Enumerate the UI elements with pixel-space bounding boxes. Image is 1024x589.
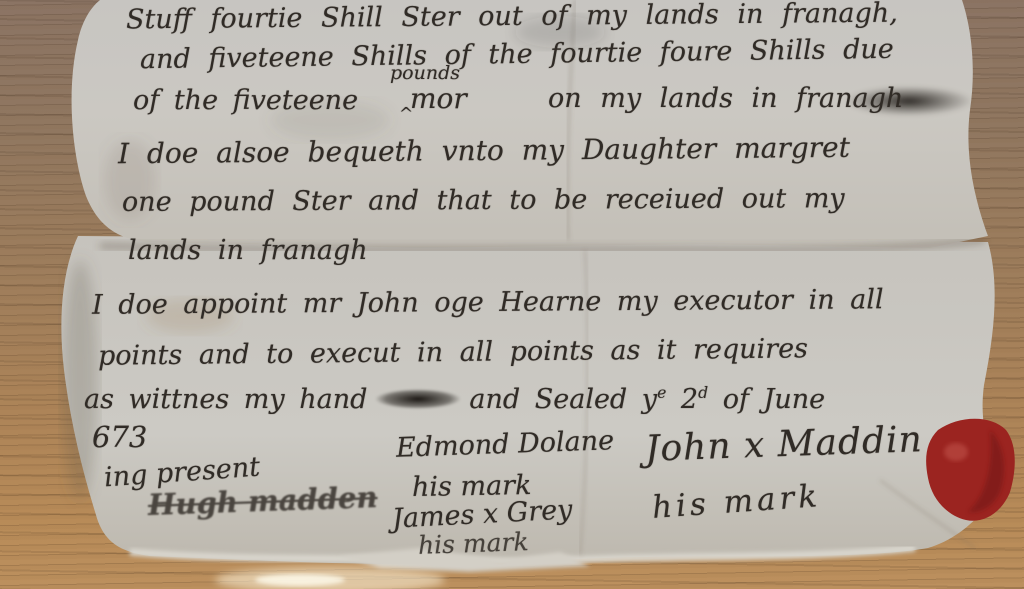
inserted-word-pounds: pounds	[390, 64, 460, 83]
handwriting-line-7: I doe appoint mr John oge Hearne my exec…	[92, 286, 884, 319]
handwriting-line-1: Stuff fourtie Shill Ster out of my lands…	[126, 0, 898, 33]
year-673: 673	[92, 423, 147, 452]
superscript-e: e	[657, 383, 666, 402]
struck-signature-hugh-madden: Hugh madden	[148, 483, 378, 520]
wax-seal-highlight	[944, 443, 968, 461]
struck-out-word-blot	[375, 389, 461, 409]
signature-john-maddin: John x Maddin	[644, 422, 923, 468]
handwriting-line-8: points and to execut in all points as it…	[98, 335, 808, 369]
handwriting-line-9: as wittnes my hand and Sealed ye 2d of J…	[84, 385, 825, 413]
handwriting-line-3-end: on my lands in franagh	[548, 85, 903, 112]
sealed-date-text: and Sealed ye 2d of June	[469, 385, 825, 413]
glare-spot-core	[255, 574, 345, 586]
handwriting-line-4: I doe alsoe bequeth vnto my Daughter mar…	[118, 134, 850, 168]
witness-hand-text: as wittnes my hand	[84, 386, 367, 413]
handwriting-line-5: one pound Ster and that to be receiued o…	[122, 185, 845, 216]
signature-edmond-dolane: Edmond Dolane	[396, 427, 615, 462]
handwriting-line-3-mor: mor	[410, 85, 467, 113]
handwriting-line-6: lands in franagh	[128, 237, 368, 264]
james-grey-his-mark: his mark	[418, 529, 529, 558]
superscript-d: d	[698, 383, 708, 402]
handwriting-line-3: of the fiveteene	[133, 87, 358, 114]
photograph-of-manuscript: Stuff fourtie Shill Ster out of my lands…	[0, 0, 1024, 589]
